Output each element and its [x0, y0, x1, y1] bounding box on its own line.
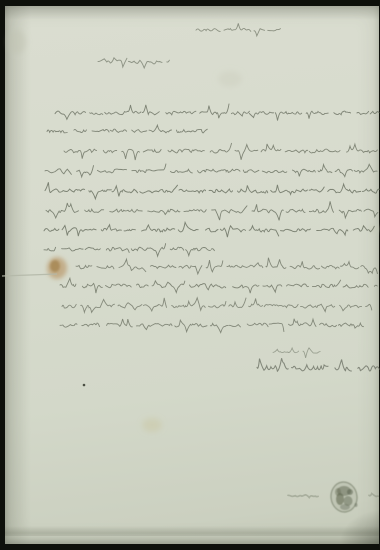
body-p1-l1	[55, 104, 379, 121]
faint-stain-lower	[142, 418, 162, 432]
body-p2-l4	[46, 201, 378, 220]
body-p3-l1	[76, 258, 377, 274]
ink-brown-stain-core	[50, 260, 60, 272]
closing	[273, 348, 320, 358]
body-p2-l1	[64, 143, 377, 160]
body-p2-l2	[45, 164, 377, 177]
library-stamp	[329, 480, 359, 513]
body-p2-l3	[45, 182, 379, 199]
body-p2-l6	[44, 244, 214, 257]
date-line	[196, 23, 281, 36]
body-p3-l2	[60, 278, 377, 293]
salutation	[98, 58, 169, 68]
handwriting-layer	[0, 0, 380, 550]
stamp-blob	[347, 489, 353, 495]
stamp-blob	[335, 488, 341, 496]
stamp-caption-right	[369, 494, 378, 497]
scanned-letter	[0, 0, 380, 550]
body-p3-l3	[62, 298, 372, 313]
faint-stain-upper	[218, 71, 242, 87]
dark-speck	[83, 384, 86, 387]
body-p1-l2	[47, 125, 207, 133]
faint-stain-topleft	[8, 30, 26, 54]
stamp-blob	[340, 504, 350, 510]
handwriting-lines	[44, 23, 380, 371]
body-p2-l5	[44, 222, 374, 237]
stamp-blob	[355, 503, 358, 507]
scratch-line	[2, 274, 57, 276]
stamp-caption-left	[288, 495, 318, 498]
body-p3-l4	[60, 319, 364, 333]
signature	[257, 358, 380, 371]
